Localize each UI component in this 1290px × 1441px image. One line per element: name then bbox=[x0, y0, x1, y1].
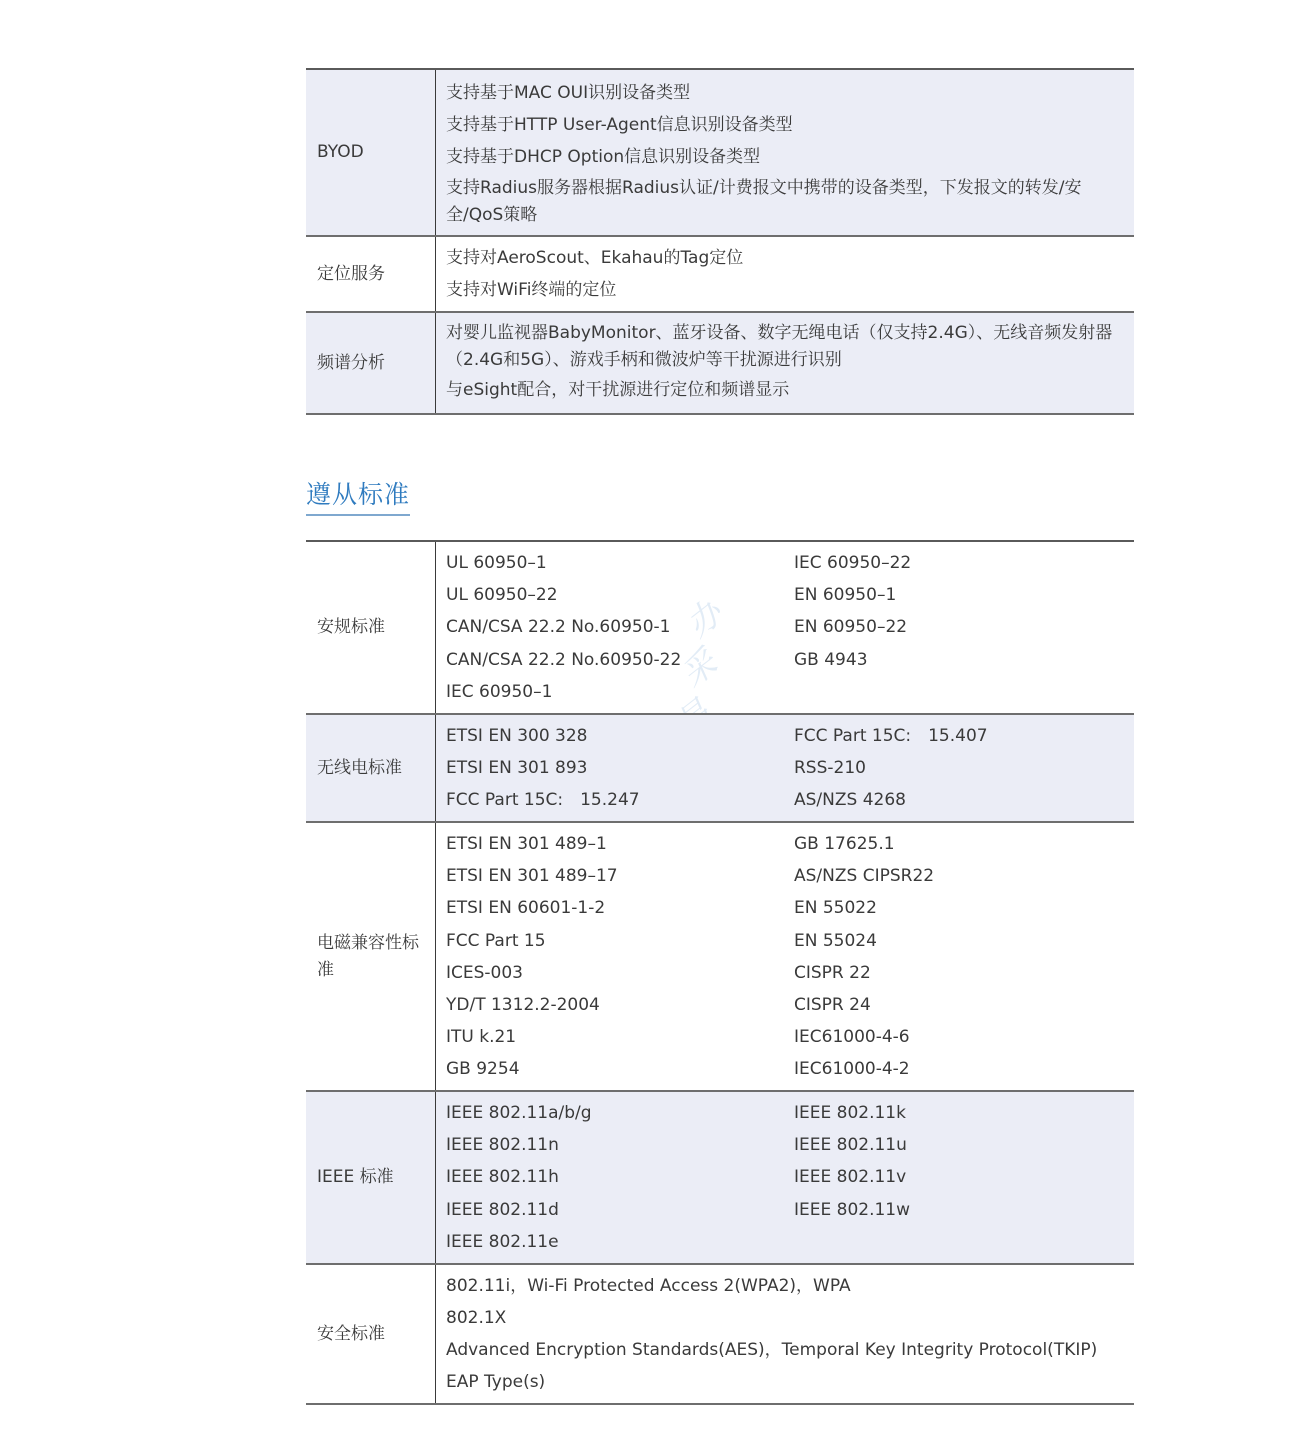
standards-grid: IEEE 802.11a/b/g IEEE 802.11n IEEE 802.1… bbox=[436, 1092, 1134, 1263]
standard-item: UL 60950–1 bbox=[446, 547, 794, 579]
table-row-radio-standards: 无线电标准 ETSI EN 300 328 ETSI EN 301 893 FC… bbox=[306, 715, 1134, 823]
standard-item: IEEE 802.11a/b/g bbox=[446, 1097, 794, 1129]
standard-item: ETSI EN 301 893 bbox=[446, 752, 794, 784]
standard-item: RSS-210 bbox=[794, 752, 1126, 784]
standard-item: EAP Type(s) bbox=[446, 1366, 1126, 1398]
feature-line: 支持Radius服务器根据Radius认证/计费报文中携带的设备类型，下发报文的… bbox=[446, 173, 1126, 232]
standard-item: IEEE 802.11e bbox=[446, 1226, 794, 1258]
standard-item: ITU k.21 bbox=[446, 1021, 794, 1053]
table-row-spectrum: 频谱分析 对婴儿监视器BabyMonitor、蓝牙设备、数字无绳电话（仅支持2.… bbox=[306, 313, 1134, 415]
standard-item: AS/NZS CIPSR22 bbox=[794, 860, 1126, 892]
row-content: 支持基于MAC OUI识别设备类型 支持基于HTTP User-Agent信息识… bbox=[436, 70, 1134, 235]
standard-item: EN 60950–1 bbox=[794, 579, 1126, 611]
standard-item: 802.11i，Wi-Fi Protected Access 2(WPA2)，W… bbox=[446, 1270, 1126, 1302]
standard-item: GB 17625.1 bbox=[794, 828, 1126, 860]
feature-line: 支持对AeroScout、Ekahau的Tag定位 bbox=[446, 242, 1126, 274]
standard-item: CAN/CSA 22.2 No.60950-22 bbox=[446, 644, 794, 676]
standard-item: ETSI EN 301 489–1 bbox=[446, 828, 794, 860]
row-content: 802.11i，Wi-Fi Protected Access 2(WPA2)，W… bbox=[436, 1265, 1134, 1403]
table-row-emc-standards: 电磁兼容性标准 ETSI EN 301 489–1 ETSI EN 301 48… bbox=[306, 823, 1134, 1092]
standard-item: ETSI EN 300 328 bbox=[446, 720, 794, 752]
feature-table: BYOD 支持基于MAC OUI识别设备类型 支持基于HTTP User-Age… bbox=[306, 68, 1134, 415]
feature-line: 支持基于MAC OUI识别设备类型 bbox=[446, 77, 1126, 109]
row-label: 电磁兼容性标准 bbox=[306, 823, 436, 1090]
standard-item: IEEE 802.11u bbox=[794, 1129, 1126, 1161]
row-label: 无线电标准 bbox=[306, 715, 436, 821]
standard-item: ICES-003 bbox=[446, 957, 794, 989]
standard-item: CISPR 24 bbox=[794, 989, 1126, 1021]
row-content: 对婴儿监视器BabyMonitor、蓝牙设备、数字无绳电话（仅支持2.4G）、无… bbox=[436, 313, 1134, 413]
standard-item: IEEE 802.11w bbox=[794, 1194, 1126, 1226]
feature-line: 支持对WiFi终端的定位 bbox=[446, 274, 1126, 306]
standard-item: YD/T 1312.2-2004 bbox=[446, 989, 794, 1021]
standard-item: ETSI EN 60601-1-2 bbox=[446, 892, 794, 924]
table-row-security-standards: 安全标准 802.11i，Wi-Fi Protected Access 2(WP… bbox=[306, 1265, 1134, 1405]
standard-item: GB 4943 bbox=[794, 644, 1126, 676]
row-label: BYOD bbox=[306, 70, 436, 235]
standard-item: IEC 60950–22 bbox=[794, 547, 1126, 579]
feature-line: 支持基于HTTP User-Agent信息识别设备类型 bbox=[446, 109, 1126, 141]
standards-grid: ETSI EN 300 328 ETSI EN 301 893 FCC Part… bbox=[436, 715, 1134, 821]
standard-item: GB 9254 bbox=[446, 1053, 794, 1085]
standards-grid: ETSI EN 301 489–1 ETSI EN 301 489–17 ETS… bbox=[436, 823, 1134, 1090]
standard-item: IEC61000-4-2 bbox=[794, 1053, 1126, 1085]
standard-item: IEEE 802.11v bbox=[794, 1161, 1126, 1193]
standard-item: FCC Part 15 bbox=[446, 925, 794, 957]
table-row-byod: BYOD 支持基于MAC OUI识别设备类型 支持基于HTTP User-Age… bbox=[306, 70, 1134, 237]
feature-line: 与eSight配合，对干扰源进行定位和频谱显示 bbox=[446, 374, 1126, 406]
standard-item: IEC61000-4-6 bbox=[794, 1021, 1126, 1053]
standard-item: IEC 60950–1 bbox=[446, 676, 794, 708]
feature-line: 对婴儿监视器BabyMonitor、蓝牙设备、数字无绳电话（仅支持2.4G）、无… bbox=[446, 319, 1126, 374]
table-row-safety-standards: 安规标准 UL 60950–1 UL 60950–22 CAN/CSA 22.2… bbox=[306, 542, 1134, 715]
standard-item: IEEE 802.11n bbox=[446, 1129, 794, 1161]
row-label: 安规标准 bbox=[306, 542, 436, 713]
standard-item: EN 55024 bbox=[794, 925, 1126, 957]
standard-item: EN 55022 bbox=[794, 892, 1126, 924]
table-row-ieee-standards: IEEE 标准 IEEE 802.11a/b/g IEEE 802.11n IE… bbox=[306, 1092, 1134, 1265]
standard-item: AS/NZS 4268 bbox=[794, 784, 1126, 816]
row-label: IEEE 标准 bbox=[306, 1092, 436, 1263]
standards-grid: UL 60950–1 UL 60950–22 CAN/CSA 22.2 No.6… bbox=[436, 542, 1134, 713]
table-row-positioning: 定位服务 支持对AeroScout、Ekahau的Tag定位 支持对WiFi终端… bbox=[306, 237, 1134, 313]
standard-item: IEEE 802.11d bbox=[446, 1194, 794, 1226]
standard-item: FCC Part 15C: 15.407 bbox=[794, 720, 1126, 752]
standard-item: IEEE 802.11h bbox=[446, 1161, 794, 1193]
standard-item: CAN/CSA 22.2 No.60950-1 bbox=[446, 611, 794, 643]
section-title: 遵从标准 bbox=[306, 478, 410, 516]
row-content: 支持对AeroScout、Ekahau的Tag定位 支持对WiFi终端的定位 bbox=[436, 237, 1134, 311]
standard-item: 802.1X bbox=[446, 1302, 1126, 1334]
row-label: 定位服务 bbox=[306, 237, 436, 311]
standard-item: Advanced Encryption Standards(AES)，Tempo… bbox=[446, 1334, 1126, 1366]
row-label: 安全标准 bbox=[306, 1265, 436, 1403]
standard-item: UL 60950–22 bbox=[446, 579, 794, 611]
standard-item: EN 60950–22 bbox=[794, 611, 1126, 643]
standard-item: ETSI EN 301 489–17 bbox=[446, 860, 794, 892]
feature-line: 支持基于DHCP Option信息识别设备类型 bbox=[446, 141, 1126, 173]
standard-item: IEEE 802.11k bbox=[794, 1097, 1126, 1129]
standards-table: 安规标准 UL 60950–1 UL 60950–22 CAN/CSA 22.2… bbox=[306, 540, 1134, 1405]
standard-item: CISPR 22 bbox=[794, 957, 1126, 989]
row-label: 频谱分析 bbox=[306, 313, 436, 413]
standard-item: FCC Part 15C: 15.247 bbox=[446, 784, 794, 816]
